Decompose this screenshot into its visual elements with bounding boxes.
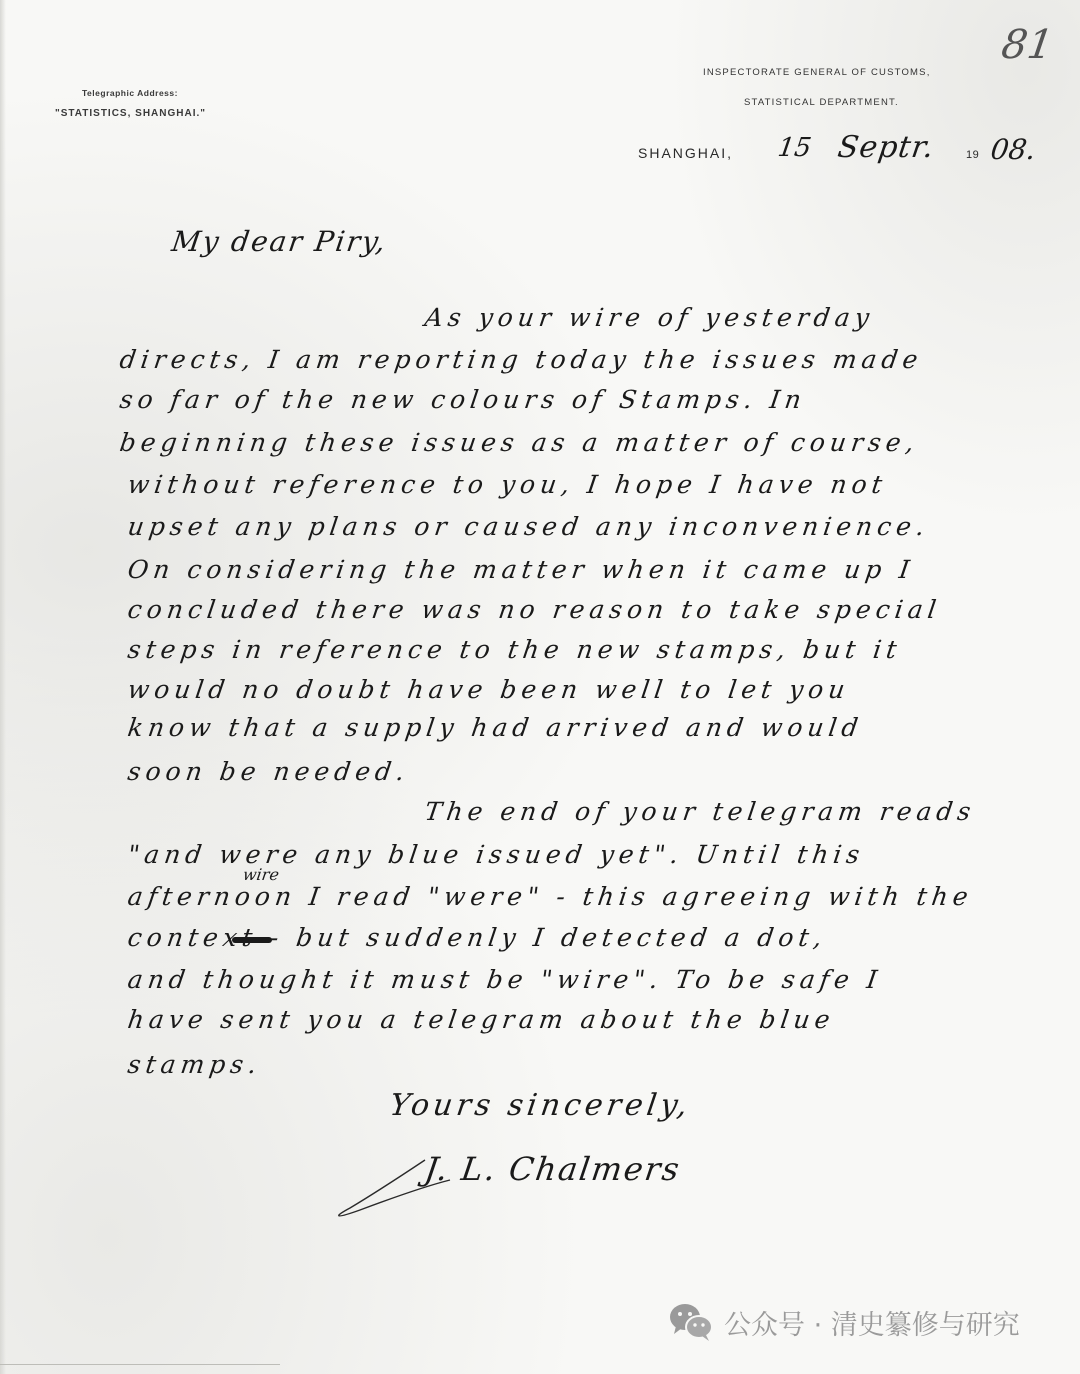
letter-line: stamps. — [126, 1050, 263, 1079]
letter-line: beginning these issues as a matter of co… — [118, 428, 921, 457]
letter-page: 81 Telegraphic Address: "STATISTICS, SHA… — [0, 0, 1080, 1374]
telegraphic-address-label: Telegraphic Address: — [82, 88, 178, 98]
watermark-text: 公众号 · 清史纂修与研究 — [724, 1303, 1020, 1342]
scan-edge-shadow — [0, 0, 6, 1374]
letter-line: directs, I am reporting today the issues… — [118, 345, 925, 374]
letter-line: have sent you a telegram about the blue — [126, 1005, 837, 1034]
struck-out-word — [232, 937, 272, 943]
letter-line: context - but suddenly I detected a dot, — [126, 923, 829, 952]
letter-line: know that a supply had arrived and would — [126, 713, 865, 742]
letter-line: As your wire of yesterday — [423, 303, 876, 332]
letter-line: and thought it must be "wire". To be saf… — [126, 965, 884, 994]
letter-line: steps in reference to the new stamps, bu… — [126, 635, 903, 664]
letter-line: concluded there was no reason to take sp… — [126, 595, 943, 624]
watermark: 公众号 · 清史纂修与研究 — [668, 1302, 1020, 1342]
year-prefix: 19 — [966, 149, 979, 161]
wechat-icon — [668, 1302, 714, 1342]
interlinear-insertion: wire — [242, 865, 281, 884]
letter-line: The end of your telegram reads — [423, 797, 977, 826]
letter-line: would no doubt have been well to let you — [126, 675, 852, 704]
date-month: Septr. — [836, 130, 937, 165]
letter-line: On considering the matter when it came u… — [126, 555, 916, 584]
salutation: My dear Piry, — [170, 225, 390, 258]
closing: Yours sincerely, — [388, 1088, 694, 1123]
signature: J. L. Chalmers — [422, 1150, 683, 1188]
date-year-suffix: 08. — [989, 133, 1038, 166]
letter-line: afternoon I read "were" - this agreeing … — [126, 882, 975, 911]
letter-line: soon be needed. — [126, 757, 411, 786]
letter-line: "and were any blue issued yet". Until th… — [126, 840, 866, 869]
organization-heading: INSPECTORATE GENERAL OF CUSTOMS, — [703, 67, 931, 78]
page-number: 81 — [999, 22, 1056, 68]
scan-bottom-edge — [0, 1364, 280, 1365]
department-heading: STATISTICAL DEPARTMENT. — [744, 97, 899, 108]
telegraphic-address-value: "STATISTICS, SHANGHAI." — [55, 108, 206, 119]
letter-line: upset any plans or caused any inconvenie… — [126, 512, 931, 541]
place-of-writing: SHANGHAI, — [638, 145, 733, 161]
letter-line: without reference to you, I hope I have … — [126, 470, 889, 499]
letter-line: so far of the new colours of Stamps. In — [118, 385, 808, 414]
date-day: 15 — [776, 133, 813, 163]
